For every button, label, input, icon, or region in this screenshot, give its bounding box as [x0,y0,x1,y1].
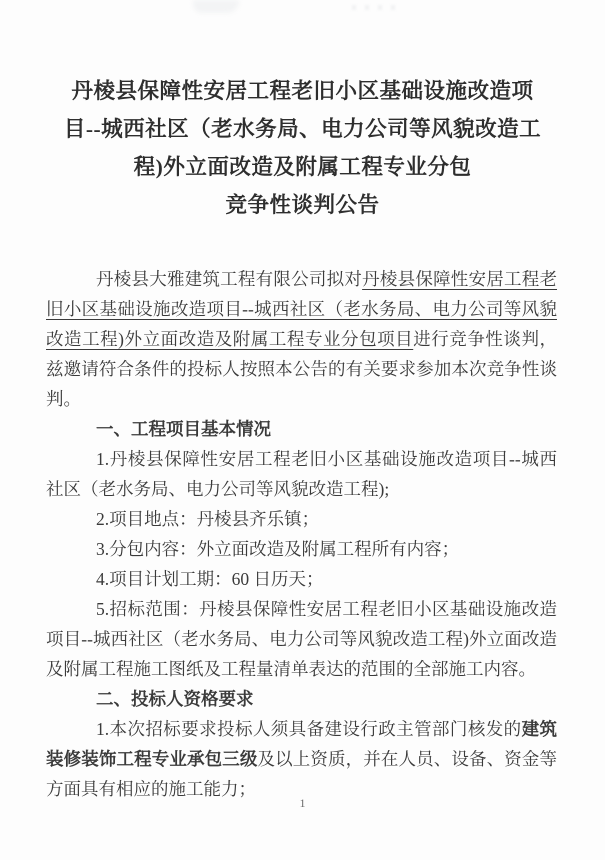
text-run: 1.丹棱县保障性安居工程老旧小区基础设施改造项目--城西社区（老水务局、电力公司… [46,449,557,499]
text-run: 一、工程项目基本情况 [96,419,271,439]
title-line: 目--城西社区（老水务局、电力公司等风貌改造工 [28,110,577,148]
page-number: 1 [0,796,605,811]
text-run: 二、投标人资格要求 [96,689,254,709]
paragraph: 丹棱县大雅建筑工程有限公司拟对丹棱县保障性安居工程老旧小区基础设施改造项目--城… [46,264,557,414]
section-heading: 一、工程项目基本情况 [46,414,557,444]
text-run: 丹棱县大雅建筑工程有限公司拟对 [96,269,362,289]
paragraph: 3.分包内容：外立面改造及附属工程所有内容； [46,534,557,564]
scanned-document: { "colors": { "paper": "#fdfdfd", "ink":… [0,0,605,860]
scan-smudge-artifact [193,0,239,13]
document-body: 丹棱县大雅建筑工程有限公司拟对丹棱县保障性安居工程老旧小区基础设施改造项目--城… [46,264,557,804]
title-line: 程)外立面改造及附属工程专业分包 [28,148,577,186]
paragraph: 1.本次招标要求投标人须具备建设行政主管部门核发的建筑装修装饰工程专业承包三级及… [46,714,557,804]
text-run: 4.项目计划工期：60 日历天； [96,569,324,589]
title-line: 竞争性谈判公告 [28,186,577,224]
text-run: 1.本次招标要求投标人须具备建设行政主管部门核发的 [96,719,522,739]
document-page: 丹棱县保障性安居工程老旧小区基础设施改造项目--城西社区（老水务局、电力公司等风… [0,0,605,860]
section-heading: 二、投标人资格要求 [46,684,557,714]
text-run: 2.项目地点：丹棱县齐乐镇； [96,509,319,529]
scan-dots-artifact [352,5,398,10]
paragraph: 4.项目计划工期：60 日历天； [46,564,557,594]
paragraph: 2.项目地点：丹棱县齐乐镇； [46,504,557,534]
paragraph: 5.招标范围：丹棱县保障性安居工程老旧小区基础设施改造项目--城西社区（老水务局… [46,594,557,684]
document-title: 丹棱县保障性安居工程老旧小区基础设施改造项目--城西社区（老水务局、电力公司等风… [28,72,577,224]
title-line: 丹棱县保障性安居工程老旧小区基础设施改造项 [28,72,577,110]
text-run: 3.分包内容：外立面改造及附属工程所有内容； [96,539,459,559]
paragraph: 1.丹棱县保障性安居工程老旧小区基础设施改造项目--城西社区（老水务局、电力公司… [46,444,557,504]
text-run: 5.招标范围：丹棱县保障性安居工程老旧小区基础设施改造项目--城西社区（老水务局… [46,599,557,679]
